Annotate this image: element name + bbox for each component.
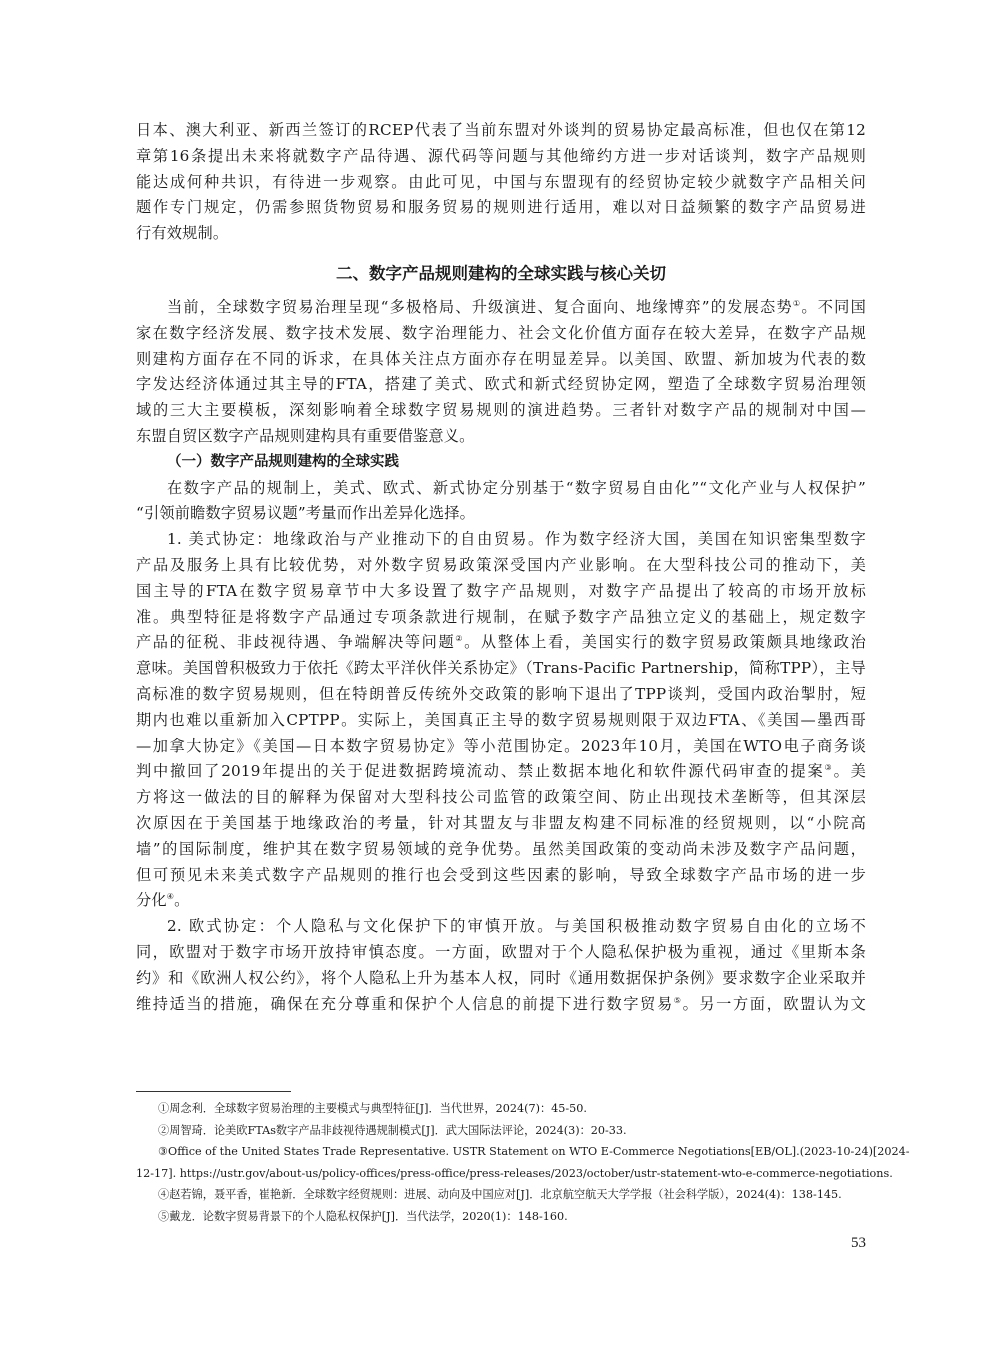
text-line: 家在数字经济发展、数字技术发展、数字治理能力、社会文化价值方面存在较大差异，在数… [136, 321, 866, 347]
paragraph-4: 2. 欧式协定：个人隐私与文化保护下的审慎开放。与美国积极推动数字贸易自由化的立… [136, 914, 866, 1017]
footnote-4: ④赵若锦，聂平香，崔艳新．全球数字经贸规则：进展、动向及中国应对[J]．北京航空… [136, 1184, 866, 1206]
text-line: 准。典型特征是将数字产品通过专项条款进行规制，在赋予数字产品独立定义的基础上，规… [136, 605, 866, 631]
text-span: 分化 [136, 891, 167, 909]
text-line: 域的三大主要模板，深刻影响着全球数字贸易规则的演进趋势。三者针对数字产品的规制对… [136, 398, 866, 424]
text-line: 期内也难以重新加入CPTPP。实际上，美国真正主导的数字贸易规则限于双边FTA、… [136, 708, 866, 734]
text-line: 产品及服务上具有比较优势，对外数字贸易政策深受国内产业影响。在大型科技公司的推动… [136, 553, 866, 579]
footnote-ref[interactable]: ⑤ [674, 996, 683, 1005]
paragraph-1: 当前，全球数字贸易治理呈现“多极格局、升级演进、复合面向、地缘博弈”的发展态势①… [136, 295, 866, 450]
paragraph-3: 1. 美式协定：地缘政治与产业推动下的自由贸易。作为数字经济大国，美国在知识密集… [136, 527, 866, 914]
text-line: 题作专门规定，仍需参照货物贸易和服务贸易的规则进行适用，难以对日益频繁的数字产品… [136, 195, 866, 221]
text-line: 行有效规制。 [136, 221, 866, 247]
text-line: 能达成何种共识，有待进一步观察。由此可见，中国与东盟现有的经贸协定较少就数字产品… [136, 170, 866, 196]
text-line: 在数字产品的规制上，美式、欧式、新式协定分别基于“数字贸易自由化”“文化产业与人… [136, 476, 866, 502]
footnote-ref[interactable]: ② [455, 634, 464, 643]
paragraph-2: 在数字产品的规制上，美式、欧式、新式协定分别基于“数字贸易自由化”“文化产业与人… [136, 476, 866, 528]
footnote-divider [136, 1091, 291, 1092]
text-line: —加拿大协定》《美国—日本数字贸易协定》等小范围协定。2023年10月，美国在W… [136, 734, 866, 760]
text-line: 国主导的FTA在数字贸易章节中大多设置了数字产品规则，对数字产品提出了较高的市场… [136, 579, 866, 605]
footnote-5: ⑤戴龙．论数字贸易背景下的个人隐私权保护[J]．当代法学，2020(1)：148… [136, 1206, 866, 1228]
text-line: 2. 欧式协定：个人隐私与文化保护下的审慎开放。与美国积极推动数字贸易自由化的立… [136, 914, 866, 940]
text-line: 墙”的国际制度，维护其在数字贸易领域的竞争优势。虽然美国政策的变动尚未涉及数字产… [136, 837, 866, 863]
section-heading: 二、数字产品规则建构的全球实践与核心关切 [136, 261, 866, 287]
subsection-heading: （一）数字产品规则建构的全球实践 [136, 450, 866, 476]
text-line: 当前，全球数字贸易治理呈现“多极格局、升级演进、复合面向、地缘博弈”的发展态势①… [136, 295, 866, 321]
text-line: 判中撤回了2019年提出的关于促进数据跨境流动、禁止数据本地化和软件源代码审查的… [136, 759, 866, 785]
text-span: 维持适当的措施，确保在充分尊重和保护个人信息的前提下进行数字贸易 [136, 995, 674, 1013]
footnote-3-continued[interactable]: 12-17]. https://ustr.gov/about-us/policy… [136, 1163, 866, 1185]
text-line: 东盟自贸区数字产品规则建构具有重要借鉴意义。 [136, 424, 866, 450]
text-line: 同，欧盟对于数字市场开放持审慎态度。一方面，欧盟对于个人隐私保护极为重视，通过《… [136, 940, 866, 966]
text-line: 产品的征税、非歧视待遇、争端解决等问题②。从整体上看，美国实行的数字贸易政策颇具… [136, 630, 866, 656]
text-line: 高标准的数字贸易规则，但在特朗普反传统外交政策的影响下退出了TPP谈判，受国内政… [136, 682, 866, 708]
text-span: 。另一方面，欧盟认为文 [683, 995, 866, 1013]
footnote-1: ①周念利．全球数字贸易治理的主要模式与典型特征[J]．当代世界，2024(7)：… [136, 1098, 866, 1120]
text-line: 则建构方面存在不同的诉求，在具体关注点方面亦存在明显差异。以美国、欧盟、新加坡为… [136, 347, 866, 373]
text-line: 字发达经济体通过其主导的FTA，搭建了美式、欧式和新式经贸协定网，塑造了全球数字… [136, 372, 866, 398]
text-span: 。从整体上看，美国实行的数字贸易政策颇具地缘政治 [464, 633, 866, 651]
text-line: 维持适当的措施，确保在充分尊重和保护个人信息的前提下进行数字贸易⑤。另一方面，欧… [136, 992, 866, 1018]
text-span: 当前，全球数字贸易治理呈现“多极格局、升级演进、复合面向、地缘博弈”的发展态势 [167, 298, 793, 316]
text-line: 分化④。 [136, 888, 866, 914]
text-span: 判中撤回了2019年提出的关于促进数据跨境流动、禁止数据本地化和软件源代码审查的… [136, 762, 825, 780]
text-line: 1. 美式协定：地缘政治与产业推动下的自由贸易。作为数字经济大国，美国在知识密集… [136, 527, 866, 553]
text-line: 日本、澳大利亚、新西兰签订的RCEP代表了当前东盟对外谈判的贸易协定最高标准，但… [136, 118, 866, 144]
text-line: 但可预见未来美式数字产品规则的推行也会受到这些因素的影响，导致全球数字产品市场的… [136, 863, 866, 889]
text-span: 。 [174, 891, 189, 909]
text-line: “引领前瞻数字贸易议题”考量而作出差异化选择。 [136, 501, 866, 527]
text-span: 。美 [834, 762, 866, 780]
text-line: 意味。美国曾积极致力于依托《跨太平洋伙伴关系协定》（Trans-Pacific … [136, 656, 866, 682]
page-number: 53 [820, 1235, 866, 1252]
text-span: 产品的征税、非歧视待遇、争端解决等问题 [136, 633, 455, 651]
page-body: 日本、澳大利亚、新西兰签订的RCEP代表了当前东盟对外谈判的贸易协定最高标准，但… [136, 118, 866, 1017]
text-line: 次原因在于美国基于地缘政治的考量，针对其盟友与非盟友构建不同标准的经贸规则，以“… [136, 811, 866, 837]
footnotes: ①周念利．全球数字贸易治理的主要模式与典型特征[J]．当代世界，2024(7)：… [136, 1098, 866, 1228]
text-line: 约》和《欧洲人权公约》，将个人隐私上升为基本人权，同时《通用数据保护条例》要求数… [136, 966, 866, 992]
paragraph-intro: 日本、澳大利亚、新西兰签订的RCEP代表了当前东盟对外谈判的贸易协定最高标准，但… [136, 118, 866, 247]
text-line: 章第16条提出未来将就数字产品待遇、源代码等问题与其他缔约方进一步对话谈判，数字… [136, 144, 866, 170]
footnote-3: ③Office of the United States Trade Repre… [136, 1141, 866, 1163]
footnote-2: ②周智琦．论美欧FTAs数字产品非歧视待遇规制模式[J]．武大国际法评论，202… [136, 1120, 866, 1142]
text-line: 方将这一做法的目的解释为保留对大型科技公司监管的政策空间、防止出现技术垄断等，但… [136, 785, 866, 811]
text-span: 。不同国 [801, 298, 866, 316]
footnote-ref[interactable]: ③ [825, 763, 834, 772]
